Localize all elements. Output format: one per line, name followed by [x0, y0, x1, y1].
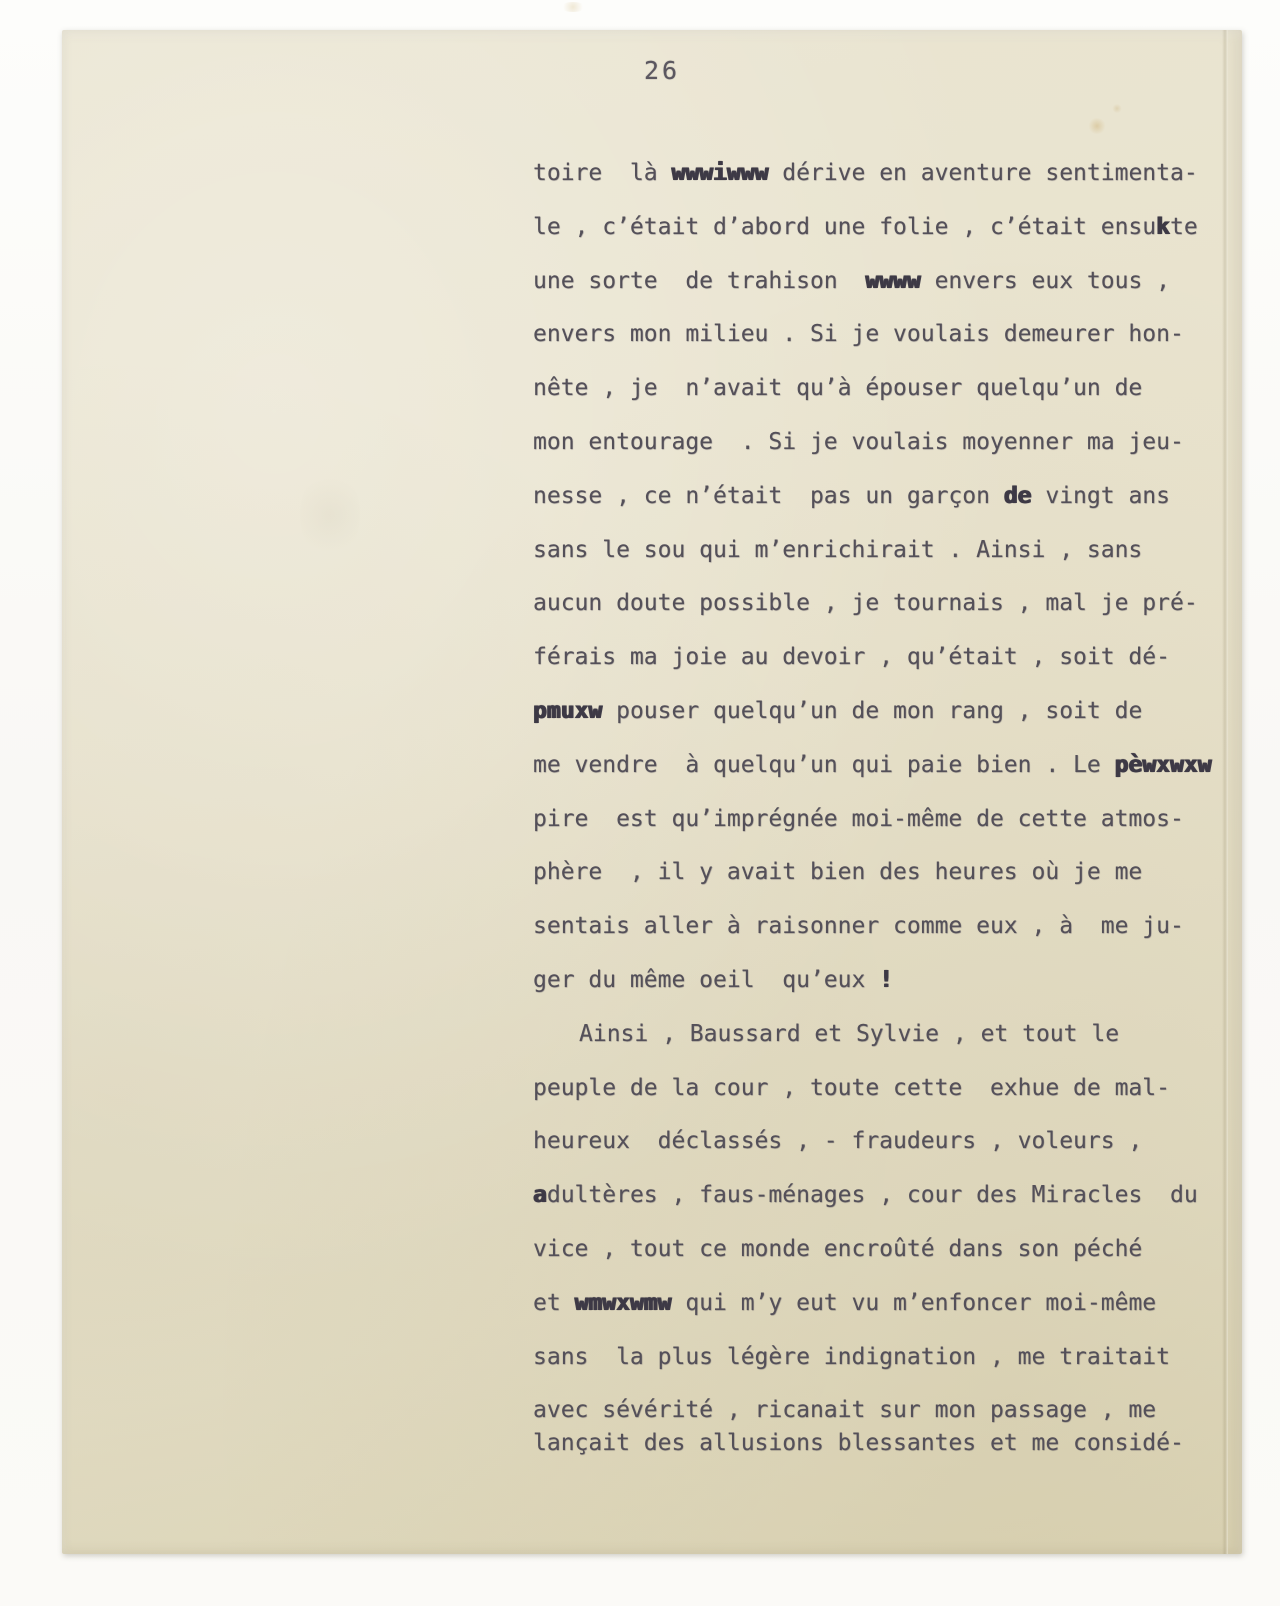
typed-text-segment: nesse , ce n’était pas un garçon [533, 483, 1004, 509]
typed-line: adultères , faus-ménages , cour des Mira… [533, 1169, 1245, 1223]
overstrike-text: k [1156, 214, 1170, 240]
typed-text-segment: envers mon milieu . Si je voulais demeur… [533, 321, 1184, 347]
typed-text-segment: nête , je n’avait qu’à épouser quelqu’un… [533, 375, 1142, 401]
typed-line: pmuxw pouser quelqu’un de mon rang , soi… [533, 685, 1245, 739]
typed-text-segment: dultères , faus-ménages , cour des Mirac… [547, 1182, 1198, 1208]
typed-line: me vendre à quelqu’un qui paie bien . Le… [533, 739, 1245, 793]
typed-line: vice , tout ce monde encroûté dans son p… [533, 1223, 1245, 1277]
typed-text-segment: une sorte de trahison [533, 268, 865, 294]
typed-text-segment: Ainsi , Baussard et Sylvie , et tout le [579, 1021, 1119, 1047]
overstrike-text: de [1004, 483, 1032, 509]
typed-text-segment: aucun doute possible , je tournais , mal… [533, 590, 1198, 616]
typed-line: le , c’était d’abord une folie , c’était… [533, 201, 1245, 255]
typed-line: ger du même oeil qu’eux ! [533, 954, 1245, 1008]
typed-text-segment: qui m’y eut vu m’enfoncer moi-même [671, 1290, 1156, 1316]
typed-text-segment: te [1170, 214, 1198, 240]
typed-text: toire là wwwiwww dérive en aventure sent… [533, 147, 1245, 1471]
typed-text-segment: férais ma joie au devoir , qu’était , so… [533, 644, 1170, 670]
paper-stain [560, 2, 586, 12]
typed-text-segment: lançait des allusions blessantes et me c… [533, 1430, 1184, 1456]
typed-text-segment: vingt ans [1032, 483, 1170, 509]
typed-line: férais ma joie au devoir , qu’était , so… [533, 631, 1245, 685]
typed-line: sans la plus légère indignation , me tra… [533, 1331, 1245, 1385]
typed-text-segment: pouser quelqu’un de mon rang , soit de [602, 698, 1142, 724]
overstrike-text: ! [879, 967, 893, 993]
typed-text-segment: vice , tout ce monde encroûté dans son p… [533, 1236, 1142, 1262]
typed-text-segment: envers eux tous , [921, 268, 1170, 294]
typed-line: nesse , ce n’était pas un garçon de ving… [533, 470, 1245, 524]
typed-line: toire là wwwiwww dérive en aventure sent… [533, 147, 1245, 201]
typed-text-segment: sans le sou qui m’enrichirait . Ainsi , … [533, 537, 1142, 563]
paper-stain [1112, 104, 1122, 113]
typed-text-segment: sentais aller à raisonner comme eux , à … [533, 913, 1184, 939]
typed-text-segment: peuple de la cour , toute cette exhue de… [533, 1075, 1170, 1101]
overstrike-text: a [533, 1182, 547, 1208]
typed-line: envers mon milieu . Si je voulais demeur… [533, 308, 1245, 362]
page-number: 26 [644, 56, 680, 85]
typed-text-segment: heureux déclassés , - fraudeurs , voleur… [533, 1128, 1142, 1154]
scan-background: { "page_number": "26", "typescript": { "… [0, 0, 1280, 1606]
typed-line: une sorte de trahison wwww envers eux to… [533, 255, 1245, 309]
typed-line: peuple de la cour , toute cette exhue de… [533, 1062, 1245, 1116]
overstrike-text: wwww [865, 268, 920, 294]
typed-text-segment: mon entourage . Si je voulais moyenner m… [533, 429, 1184, 455]
paper-stain [300, 470, 360, 560]
typed-line: lançait des allusions blessantes et me c… [533, 1417, 1245, 1471]
typed-text-segment: phère , il y avait bien des heures où je… [533, 859, 1142, 885]
typed-line: sans le sou qui m’enrichirait . Ainsi , … [533, 524, 1245, 578]
paper-stain [1088, 118, 1106, 134]
overstrike-text: pèwxwxw [1115, 752, 1212, 778]
typed-line: heureux déclassés , - fraudeurs , voleur… [533, 1115, 1245, 1169]
typed-text-segment: dérive en aventure sentimenta- [768, 160, 1197, 186]
typed-text-segment: me vendre à quelqu’un qui paie bien . Le [533, 752, 1115, 778]
overstrike-text: pmuxw [533, 698, 602, 724]
typed-text-segment: toire là [533, 160, 671, 186]
typed-text-segment: ger du même oeil qu’eux [533, 967, 879, 993]
typed-line: nête , je n’avait qu’à épouser quelqu’un… [533, 362, 1245, 416]
typed-line: phère , il y avait bien des heures où je… [533, 846, 1245, 900]
typed-text-segment: pire est qu’imprégnée moi-même de cette … [533, 806, 1184, 832]
typed-text-segment: et [533, 1290, 575, 1316]
typed-line: pire est qu’imprégnée moi-même de cette … [533, 793, 1245, 847]
typed-text-segment: sans la plus légère indignation , me tra… [533, 1344, 1170, 1370]
typed-line: et wmwxwmw qui m’y eut vu m’enfoncer moi… [533, 1277, 1245, 1331]
typed-text-segment: le , c’était d’abord une folie , c’était… [533, 214, 1156, 240]
typed-line: mon entourage . Si je voulais moyenner m… [533, 416, 1245, 470]
overstrike-text: wwwiwww [671, 160, 768, 186]
overstrike-text: wmwxwmw [575, 1290, 672, 1316]
typed-line: Ainsi , Baussard et Sylvie , et tout le [533, 1008, 1245, 1062]
typed-line: sentais aller à raisonner comme eux , à … [533, 900, 1245, 954]
typed-line: aucun doute possible , je tournais , mal… [533, 577, 1245, 631]
